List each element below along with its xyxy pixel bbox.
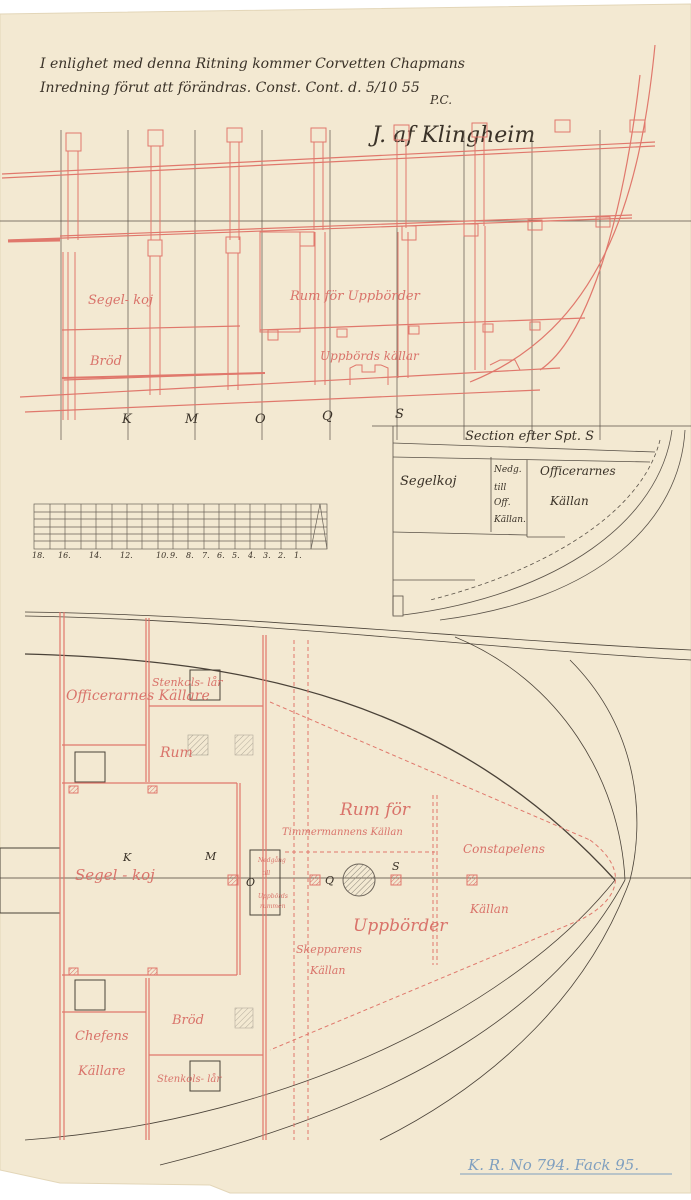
svg-text:Nedgång: Nedgång [257, 857, 286, 864]
plan-label-constapelens-2: Källan [469, 902, 509, 916]
svg-text:Nedg.: Nedg. [493, 465, 522, 475]
plan-label-rum-for: Rum för [339, 800, 411, 820]
svg-text:12.: 12. [120, 551, 133, 560]
svg-text:S: S [392, 860, 400, 873]
svg-text:Källan: Källan [549, 494, 589, 508]
plan-label-brod: Bröd [171, 1013, 204, 1028]
plan-label-skepparens-2: Källan [309, 964, 345, 977]
plan-label-stenkols-lar: Stenkols- lår [152, 676, 223, 689]
plan-label-skepparens-1: Skepparens [296, 943, 362, 956]
svg-text:O: O [246, 876, 255, 889]
svg-text:Off.: Off. [494, 498, 511, 508]
header-initials: P.C. [429, 93, 452, 107]
svg-text:till: till [262, 870, 270, 877]
svg-text:Q: Q [325, 874, 334, 887]
svg-text:8.: 8. [186, 551, 194, 560]
plan-label-chefens-1: Chefens [75, 1029, 129, 1044]
profile-label-brod: Bröd [89, 354, 122, 369]
svg-text:M: M [204, 850, 217, 863]
svg-text:rummen: rummen [260, 903, 286, 910]
section-title: Section efter Spt. S [465, 429, 594, 444]
svg-text:7.: 7. [202, 551, 210, 560]
header-note-line2: Inredning förut att förändras. Const. Co… [39, 80, 420, 96]
svg-text:10.: 10. [156, 551, 169, 560]
plan-label-constapelens-1: Constapelens [463, 842, 545, 856]
frame-letter-m: M [184, 412, 199, 427]
paper-background [0, 4, 691, 1193]
svg-text:3.: 3. [263, 551, 271, 560]
svg-text:6.: 6. [217, 551, 225, 560]
profile-label-segel-koj: Segel- koj [88, 293, 153, 308]
frame-letter-q: Q [322, 409, 333, 424]
svg-text:K. R. No 794. Fack 95.: K. R. No 794. Fack 95. [467, 1156, 639, 1174]
frame-letter-o: O [255, 412, 266, 427]
frame-letter-s: S [395, 407, 404, 422]
header-note-line1: I enlighet med denna Ritning kommer Corv… [39, 56, 465, 72]
svg-text:2.: 2. [277, 551, 286, 560]
svg-text:K: K [122, 851, 132, 864]
svg-text:Officerarnes: Officerarnes [540, 464, 616, 478]
plan-label-stenkols-lar-2: Stenkols- lår [157, 1073, 222, 1085]
svg-text:16.: 16. [58, 551, 71, 560]
svg-text:1.: 1. [294, 551, 302, 560]
svg-text:5.: 5. [232, 551, 240, 560]
svg-text:4.: 4. [247, 551, 256, 560]
svg-text:till: till [494, 483, 506, 493]
ship-drawing-sheet: I enlighet med denna Ritning kommer Corv… [0, 0, 691, 1200]
plan-label-officerarnes-kallare: Officerarnes Källare [66, 688, 210, 704]
profile-label-uppbords-kallar: Uppbörds källar [320, 349, 420, 363]
signature: J. af Klingheim [368, 123, 535, 148]
frame-letter-k: K [121, 412, 133, 427]
svg-text:Källan.: Källan. [493, 515, 526, 525]
plan-label-chefens-2: Källare [77, 1064, 126, 1079]
svg-text:18.: 18. [32, 551, 45, 560]
plan-label-segel-koj: Segel - koj [75, 866, 155, 884]
svg-text:Uppbörds: Uppbörds [258, 893, 288, 900]
section-label-segelkoj: Segelkoj [400, 474, 457, 489]
svg-text:9.: 9. [170, 551, 178, 560]
profile-label-rum-for-uppborder: Rum för Uppbörder [289, 289, 421, 304]
svg-text:Officerarnes Källare: Officerarnes Källare [66, 688, 210, 704]
svg-text:14.: 14. [89, 551, 102, 560]
drawing-canvas: I enlighet med denna Ritning kommer Corv… [0, 0, 691, 1200]
plan-label-uppborder: Uppbörder [353, 916, 448, 936]
plan-label-timmermannens-kallan: Timmermannens Källan [282, 827, 403, 838]
plan-label-rum: Rum [159, 745, 193, 761]
